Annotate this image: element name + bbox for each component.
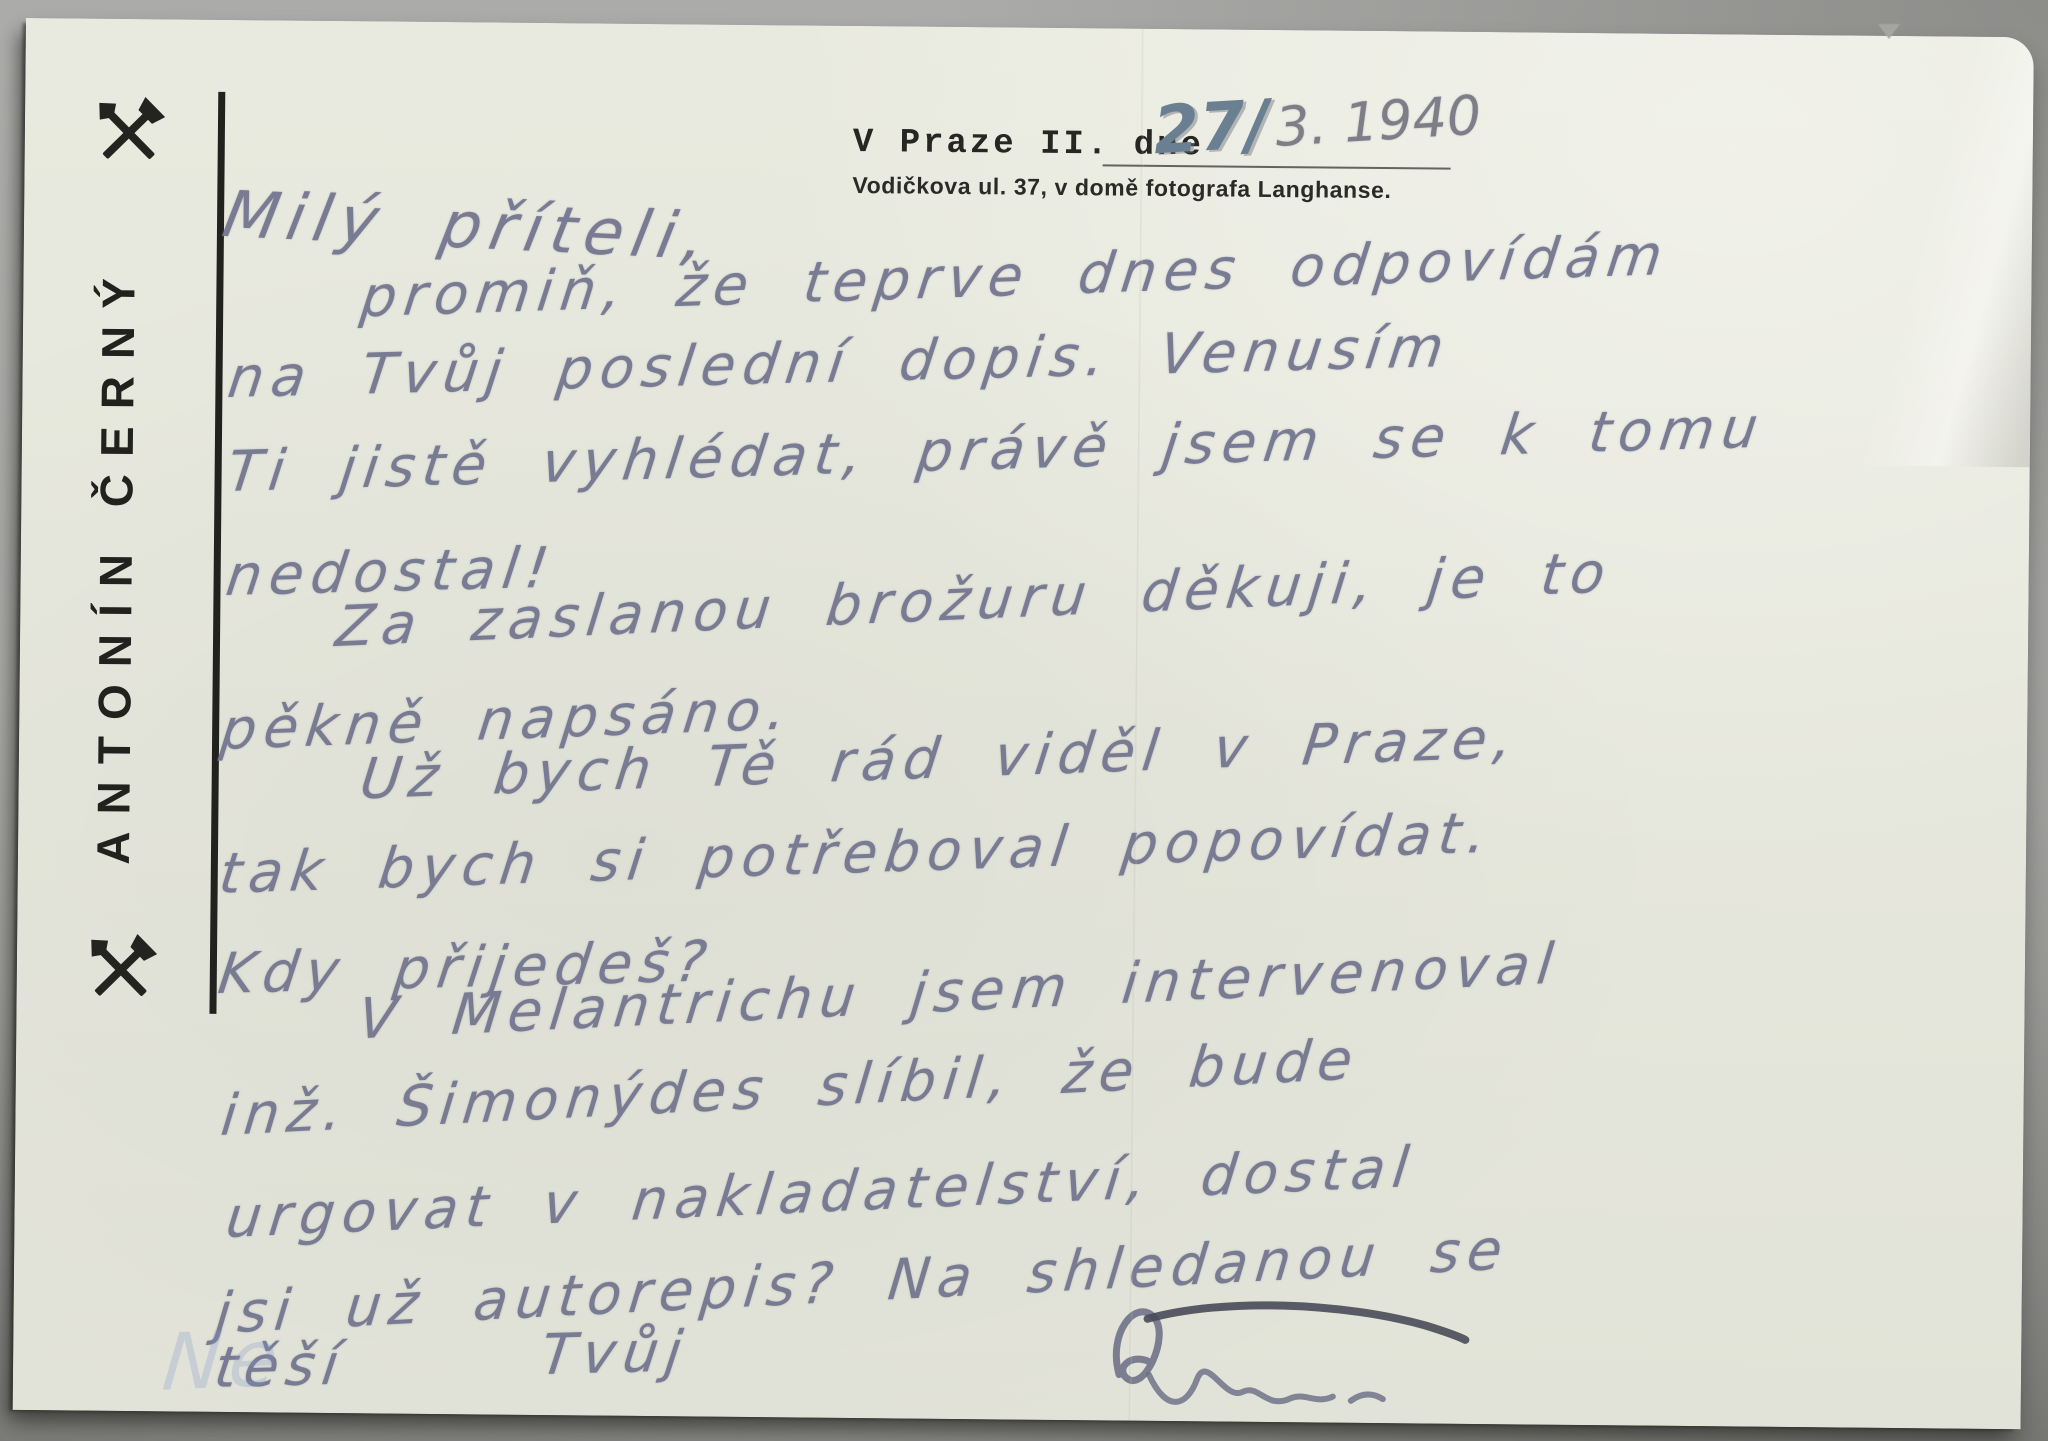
handwritten-day: 27/ bbox=[1151, 85, 1271, 169]
crossed-hammers-icon bbox=[84, 89, 173, 178]
paper-corner-curl bbox=[1760, 35, 2034, 468]
handwritten-month-year: 3. 1940 bbox=[1273, 84, 1483, 159]
handwritten-line: tak bych si potřeboval popovídat. bbox=[216, 801, 1497, 907]
letter-paper: ANTONÍN ČERNÝ V Praze II. dne 27/3. 1940… bbox=[13, 18, 2034, 1429]
signature-scribble bbox=[1072, 1274, 1554, 1429]
printed-address-line: Vodičkova ul. 37, v domě fotografa Langh… bbox=[852, 172, 1391, 204]
letterhead-name-vertical: ANTONÍN ČERNÝ bbox=[63, 194, 168, 931]
paper-tear-notch bbox=[1878, 24, 1900, 39]
crossed-hammers-icon bbox=[76, 926, 165, 1015]
handwritten-line: Ti jistě vyhlédat, právě jsem se k tomu bbox=[223, 396, 1768, 506]
closing-pronoun: Tvůj bbox=[537, 1319, 693, 1388]
handwritten-line: na Tvůj poslední dopis. Venusím bbox=[224, 315, 1455, 411]
faint-pencil-mark: Ne bbox=[159, 1313, 290, 1409]
